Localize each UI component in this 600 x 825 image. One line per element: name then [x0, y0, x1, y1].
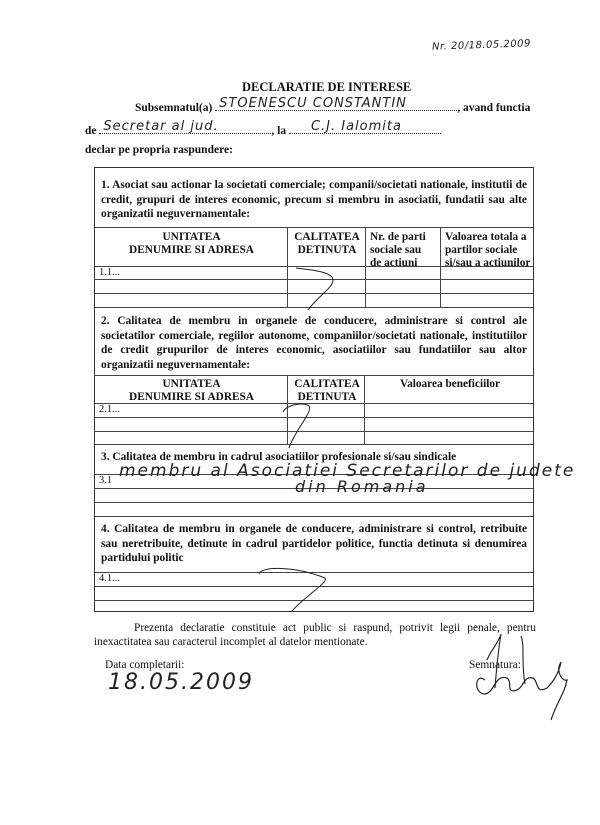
name-value: STOENESCU CONSTANTIN [219, 96, 407, 111]
declar-line: declar pe propria raspundere: [85, 144, 233, 156]
la-label: , la [271, 125, 286, 137]
s3-row-prefix: 3.1 [99, 475, 112, 486]
section-2-heading: 2. Calitatea de membru in organele de co… [101, 314, 527, 372]
s4-strike-scribble [255, 564, 345, 614]
s2-col-valoarea: Valoarea beneficiilor [365, 378, 535, 391]
function-value: Secretar al jud. [103, 119, 218, 134]
s1-row-1[interactable]: 1.1... [99, 267, 120, 278]
document-title: DECLARATIE DE INTERESE [242, 80, 411, 95]
s2-col-unitatea: UNITATEADENUMIRE SI ADRESA [95, 378, 288, 404]
intro-line-function: de Secretar al jud. , la C.J. Ialomita [85, 122, 441, 137]
registration-number: Nr. 20/18.05.2009 [432, 38, 531, 52]
avand-functia-label: , avand functia [457, 102, 530, 114]
s4-row-1[interactable]: 4.1... [99, 573, 120, 584]
subsemnatul-label: Subsemnatul(a) [135, 102, 212, 114]
intro-line-name: Subsemnatul(a) STOENESCU CONSTANTIN , av… [135, 99, 530, 114]
s1-col-valoarea: Valoarea totala apartilor socialesi/sau … [445, 231, 533, 270]
s1-col-nr-parti: Nr. de partisociale saude actiuni [370, 231, 442, 270]
s1-col-calitatea: CALITATEADETINUTA [288, 231, 366, 257]
section-1-heading: 1. Asociat sau actionar la societati com… [101, 178, 527, 222]
s1-strike-scribble [288, 266, 348, 311]
institution-field[interactable]: C.J. Ialomita [289, 122, 441, 134]
date-value[interactable]: 18.05.2009 [108, 670, 254, 695]
s2-row-1[interactable]: 2.1... [99, 404, 120, 415]
signature-scribble[interactable] [455, 632, 575, 722]
declaration-form: 1. Asociat sau actionar la societati com… [94, 167, 534, 612]
s1-col-unitatea: UNITATEADENUMIRE SI ADRESA [95, 231, 288, 257]
de-label: de [85, 125, 97, 137]
name-field[interactable]: STOENESCU CONSTANTIN [215, 99, 457, 111]
s2-strike-scribble [275, 400, 325, 450]
function-field[interactable]: Secretar al jud. [99, 122, 271, 134]
s3-entry-line-2[interactable]: din Romania [295, 477, 429, 496]
institution-value: C.J. Ialomita [311, 119, 402, 134]
section-4-heading: 4. Calitatea de membru in organele de co… [101, 522, 527, 566]
